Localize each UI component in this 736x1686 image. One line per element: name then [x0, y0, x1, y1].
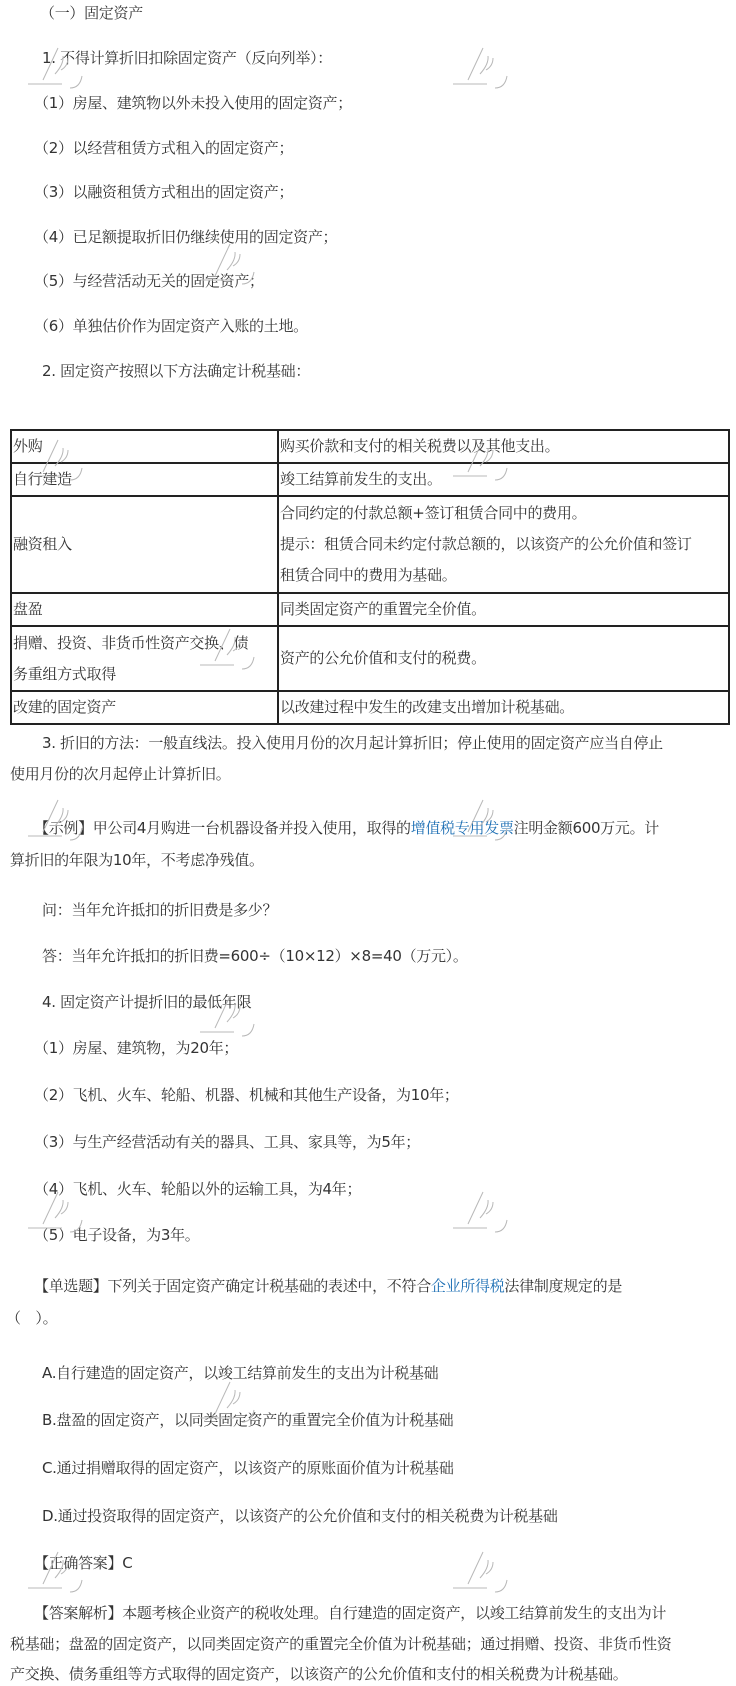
part1-item: （4）已足额提取折旧仍继续使用的固定资产； [34, 227, 337, 247]
example-question: 问：当年允许抵扣的折旧费是多少？ [42, 900, 277, 920]
part4-item: （5）电子设备，为3年。 [34, 1225, 200, 1245]
part4-item: （1）房屋、建筑物，为20年； [34, 1038, 238, 1058]
table-row: 外购 购买价款和支付的相关税费以及其他支出。 [11, 430, 729, 463]
part1-item: （6）单独估价作为固定资产入账的土地。 [34, 316, 308, 336]
method-line: 捐赠、投资、非货币性资产交换、债 [13, 628, 277, 659]
part1-item: （1）房屋、建筑物以外未投入使用的固定资产； [34, 93, 352, 113]
tax-basis-table: 外购 购买价款和支付的相关税费以及其他支出。 自行建造 竣工结算前发生的支出。 … [10, 429, 730, 725]
quiz-prompt-text: 【单选题】下列关于固定资产确定计税基础的表述中，不符合 [34, 1277, 431, 1295]
table-cell-method: 盘盈 [11, 593, 278, 626]
table-cell-method: 改建的固定资产 [11, 691, 278, 724]
example-line: 【示例】甲公司4月购进一台机器设备并投入使用，取得的增值税专用发票注明金额600… [34, 818, 659, 838]
method-line: 务重组方式取得 [13, 659, 277, 690]
part4-item: （3）与生产经营活动有关的器具、工具、家具等，为5年； [34, 1132, 420, 1152]
part4-item: （4）飞机、火车、轮船以外的运输工具，为4年； [34, 1179, 361, 1199]
quiz-prompt-blank: （ ）。 [6, 1308, 57, 1328]
quiz-option-c: C.通过捐赠取得的固定资产，以该资产的原账面价值为计税基础 [42, 1458, 454, 1478]
quiz-option-b: B.盘盈的固定资产，以同类固定资产的重置完全价值为计税基础 [42, 1410, 453, 1430]
part1-item: （3）以融资租赁方式租出的固定资产； [34, 182, 293, 202]
part1-heading: 1. 不得计算折旧扣除固定资产（反向列举）： [42, 48, 332, 68]
part4-heading: 4. 固定资产计提折旧的最低年限 [42, 992, 251, 1012]
table-row: 自行建造 竣工结算前发生的支出。 [11, 463, 729, 496]
part1-item: （5）与经营活动无关的固定资产； [34, 271, 264, 291]
example-text: 【示例】甲公司4月购进一台机器设备并投入使用，取得的 [34, 819, 411, 837]
table-cell-method: 外购 [11, 430, 278, 463]
example-answer: 答：当年允许抵扣的折旧费=600÷（10×12）×8=40（万元）。 [42, 946, 468, 966]
part1-item: （2）以经营租赁方式租入的固定资产； [34, 138, 293, 158]
basis-line: 提示：租赁合同未约定付款总额的，以该资产的公允价值和签订 [280, 529, 728, 560]
part4-item: （2）飞机、火车、轮船、机器、机械和其他生产设备，为10年； [34, 1085, 459, 1105]
table-cell-basis: 购买价款和支付的相关税费以及其他支出。 [278, 430, 729, 463]
table-cell-method: 融资租入 [11, 496, 278, 593]
section-title: （一）固定资产 [40, 3, 143, 23]
table-cell-basis: 竣工结算前发生的支出。 [278, 463, 729, 496]
part3-line: 3. 折旧的方法：一般直线法。投入使用月份的次月起计算折旧；停止使用的固定资产应… [42, 733, 663, 753]
table-cell-method: 自行建造 [11, 463, 278, 496]
table-row: 改建的固定资产 以改建过程中发生的改建支出增加计税基础。 [11, 691, 729, 724]
example-line: 算折旧的年限为10年，不考虑净残值。 [10, 850, 264, 870]
answer-analysis-line: 税基础；盘盈的固定资产，以同类固定资产的重置完全价值为计税基础；通过捐赠、投资、… [10, 1634, 672, 1654]
basis-line: 合同约定的付款总额+签订租赁合同中的费用。 [280, 498, 728, 529]
quiz-option-a: A.自行建造的固定资产，以竣工结算前发生的支出为计税基础 [42, 1363, 438, 1383]
answer-analysis-line: 产交换、债务重组等方式取得的固定资产，以该资产的公允价值和支付的相关税费为计税基… [10, 1664, 627, 1684]
table-row: 融资租入 合同约定的付款总额+签订租赁合同中的费用。 提示：租赁合同未约定付款总… [11, 496, 729, 593]
corporate-income-tax-link[interactable]: 企业所得税 [431, 1277, 505, 1295]
table-row: 捐赠、投资、非货币性资产交换、债 务重组方式取得 资产的公允价值和支付的税费。 [11, 626, 729, 691]
example-text: 注明金额600万元。计 [514, 819, 659, 837]
answer-analysis-line: 【答案解析】本题考核企业资产的税收处理。自行建造的固定资产，以竣工结算前发生的支… [34, 1603, 666, 1623]
table-row: 盘盈 同类固定资产的重置完全价值。 [11, 593, 729, 626]
quiz-prompt-text: 法律制度规定的是 [504, 1277, 622, 1295]
table-cell-method: 捐赠、投资、非货币性资产交换、债 务重组方式取得 [11, 626, 278, 691]
table-cell-basis: 同类固定资产的重置完全价值。 [278, 593, 729, 626]
part2-heading: 2. 固定资产按照以下方法确定计税基础： [42, 361, 310, 381]
watermark-icon [453, 44, 508, 89]
watermark-icon [453, 1188, 508, 1233]
table-cell-basis: 以改建过程中发生的改建支出增加计税基础。 [278, 691, 729, 724]
basis-line: 租赁合同中的费用为基础。 [280, 560, 728, 591]
watermark-icon [453, 1548, 508, 1593]
quiz-prompt: 【单选题】下列关于固定资产确定计税基础的表述中，不符合企业所得税法律制度规定的是 [34, 1276, 622, 1296]
vat-invoice-link[interactable]: 增值税专用发票 [411, 819, 514, 837]
quiz-option-d: D.通过投资取得的固定资产，以该资产的公允价值和支付的相关税费为计税基础 [42, 1506, 558, 1526]
table-cell-basis: 合同约定的付款总额+签订租赁合同中的费用。 提示：租赁合同未约定付款总额的，以该… [278, 496, 729, 593]
correct-answer: 【正确答案】C [34, 1553, 132, 1573]
part3-line: 使用月份的次月起停止计算折旧。 [10, 764, 231, 784]
table-cell-basis: 资产的公允价值和支付的税费。 [278, 626, 729, 691]
